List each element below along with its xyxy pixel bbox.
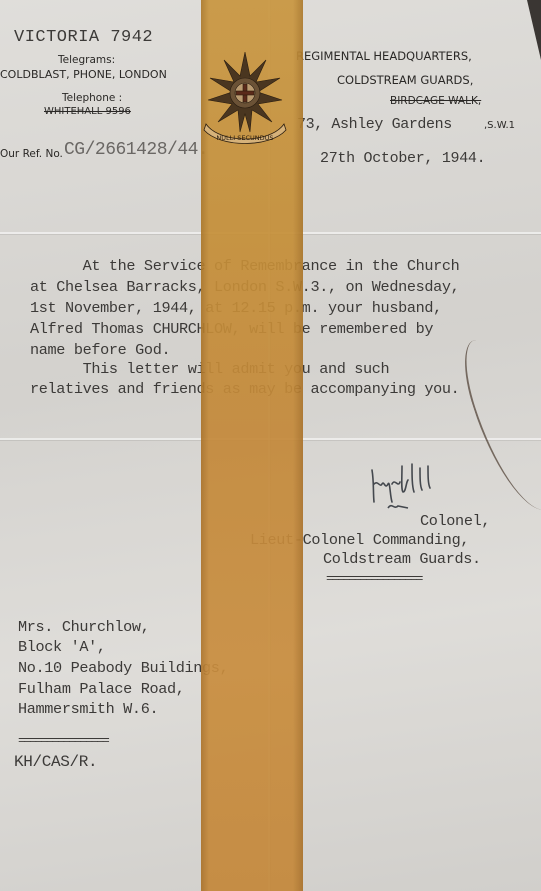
paper-tear <box>451 340 541 510</box>
recipient-line: Mrs. Churchlow, <box>18 618 149 636</box>
signatory-unit: Coldstream Guards. <box>323 550 481 568</box>
reference-number: CG/266​1428/44. <box>64 140 208 160</box>
hq-line-3-struck: BIRDCAGE WALK, <box>390 95 481 107</box>
telephone-label: Telephone : <box>62 92 122 104</box>
signature-rule: ================= <box>326 571 421 586</box>
signatory-rank: Colonel, <box>420 512 490 530</box>
hq-line-1: REGIMENTAL HEADQUARTERS, <box>296 49 472 63</box>
recipient-line: No.10 Peabody Buildings, <box>18 659 228 677</box>
handwritten-signature-icon <box>368 462 448 512</box>
recipient-rule: ================ <box>18 733 108 748</box>
svg-text:NULLI SECUNDUS: NULLI SECUNDUS <box>216 134 273 142</box>
reference-label: Our Ref. No. <box>0 148 63 160</box>
recipient-line: Hammersmith W.6. <box>18 700 158 718</box>
telegrams-value: COLDBLAST, PHONE, LONDON <box>0 68 167 81</box>
typist-reference: KH/CAS/R. <box>14 753 97 771</box>
body-line: name before God. <box>30 341 170 359</box>
recipient-line: Fulham Palace Road, <box>18 680 185 698</box>
regimental-badge-icon: NULLI SECUNDUS <box>200 48 290 148</box>
hq-address: 73, Ashley Gardens <box>297 116 452 133</box>
phone-header: VICTORIA 7942 <box>14 28 153 47</box>
hq-address-postcode: ,S.W.1 <box>484 120 515 131</box>
recipient-line: Block 'A', <box>18 638 106 656</box>
telegrams-label: Telegrams: <box>58 54 115 66</box>
hq-line-2: COLDSTREAM GUARDS, <box>337 73 473 87</box>
telephone-value: WHITEHALL 9596 <box>44 106 131 117</box>
letter-date: 27th October, 1944. <box>320 150 485 167</box>
